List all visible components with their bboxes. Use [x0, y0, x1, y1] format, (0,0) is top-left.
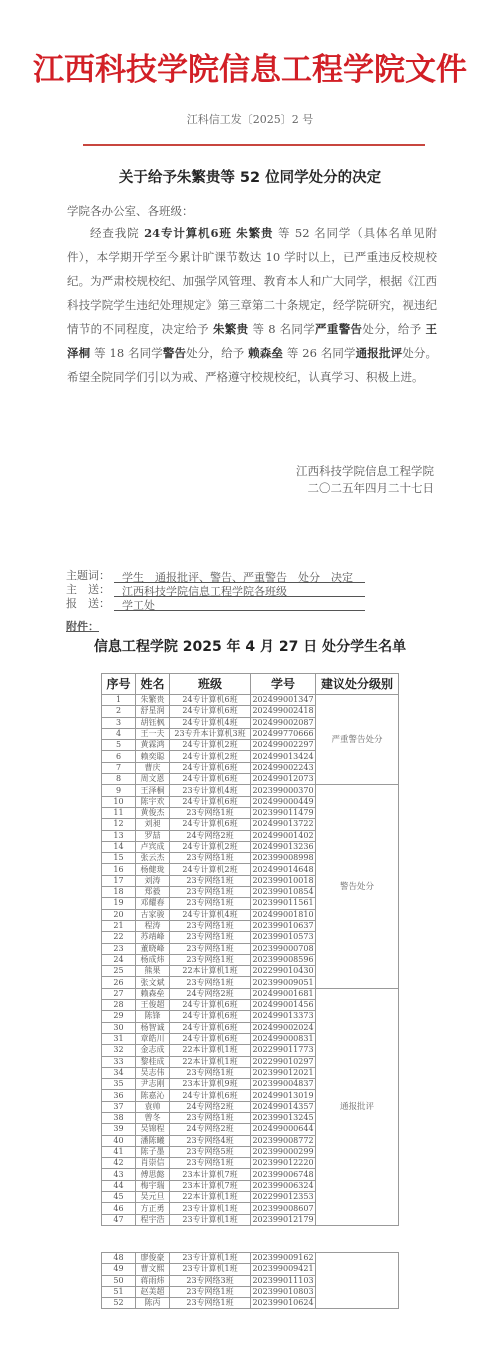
cell-student-id: 202299012353: [251, 1192, 316, 1203]
cell-name: 程涛: [136, 920, 170, 931]
table-row: 9王泽桐23专计算机4班202399000370警告处分: [102, 785, 399, 796]
cell-index: 12: [102, 819, 136, 830]
cell-class: 24专计算机6班: [170, 1011, 251, 1022]
cell-index: 52: [102, 1298, 136, 1309]
cell-name: 熊果: [136, 966, 170, 977]
cell-student-id: 202399008772: [251, 1135, 316, 1146]
cell-class: 24专计算机6班: [170, 796, 251, 807]
cell-class: 23专网络1班: [170, 875, 251, 886]
cell-index: 9: [102, 785, 136, 796]
cell-class: 23本计算机7班: [170, 1180, 251, 1191]
cell-student-id: 202299011773: [251, 1045, 316, 1056]
table-row: 1朱繁贵24专计算机6班202499001347严重警告处分: [102, 695, 399, 706]
table-header: 序号 姓名 班级 学号 建议处分级别: [102, 674, 399, 695]
cell-index: 23: [102, 943, 136, 954]
cell-student-id: 202399009051: [251, 977, 316, 988]
cell-class: 24专计算机2班: [170, 841, 251, 852]
cell-class: 24专网络2班: [170, 1124, 251, 1135]
signature-date: 二〇二五年四月二十七日: [296, 480, 434, 497]
cell-student-id: 202499000644: [251, 1124, 316, 1135]
cell-index: 32: [102, 1045, 136, 1056]
cell-class: 24专网络2班: [170, 830, 251, 841]
cell-index: 50: [102, 1275, 136, 1286]
cell-class: 22本计算机1班: [170, 1056, 251, 1067]
cell-name: 潘陈曦: [136, 1135, 170, 1146]
cell-name: 王一夫: [136, 728, 170, 739]
col-header-class: 班级: [170, 674, 251, 695]
col-header-name: 姓名: [136, 674, 170, 695]
cell-index: 24: [102, 954, 136, 965]
cell-name: 周文恩: [136, 774, 170, 785]
cell-class: 24专计算机6班: [170, 762, 251, 773]
cell-index: 28: [102, 1000, 136, 1011]
cell-class: 23专网络1班: [170, 977, 251, 988]
col-header-index: 序号: [102, 674, 136, 695]
cell-class: 24专网络2班: [170, 1101, 251, 1112]
cell-name: 杨成炜: [136, 954, 170, 965]
cell-class: 23专网络1班: [170, 1298, 251, 1309]
cell-class: 23本计算机7班: [170, 1169, 251, 1180]
cell-index: 43: [102, 1169, 136, 1180]
table-row: 27赖森垒24专网络2班202499001681通报批评: [102, 988, 399, 999]
body-paragraph: 经查我院 24专计算机6班 朱繁贵 等 52 名同学（具体名单见附件），本学期开…: [67, 221, 437, 389]
cell-class: 24专网络2班: [170, 988, 251, 999]
cell-name: 胡钰枫: [136, 717, 170, 728]
discipline-table: 序号 姓名 班级 学号 建议处分级别 1朱繁贵24专计算机6班202499001…: [101, 673, 399, 1226]
cell-level: 通报批评: [316, 988, 399, 1225]
cell-name: 王俊超: [136, 1000, 170, 1011]
cell-name: 罗喆: [136, 830, 170, 841]
cell-name: 傅思懿: [136, 1169, 170, 1180]
cell-class: 23专网络5班: [170, 1146, 251, 1157]
cell-index: 11: [102, 807, 136, 818]
cell-index: 35: [102, 1079, 136, 1090]
cell-student-id: 202399000708: [251, 943, 316, 954]
cell-name: 梅宇瑞: [136, 1180, 170, 1191]
cell-class: 23专网络1班: [170, 932, 251, 943]
cell-student-id: 202399010624: [251, 1298, 316, 1309]
cell-index: 17: [102, 875, 136, 886]
cell-name: 金志成: [136, 1045, 170, 1056]
cell-index: 30: [102, 1022, 136, 1033]
cell-name: 黄霖鸿: [136, 740, 170, 751]
cell-index: 37: [102, 1101, 136, 1112]
cell-name: 邓耀春: [136, 898, 170, 909]
cell-student-id: 202499014357: [251, 1101, 316, 1112]
cell-name: 舒星润: [136, 706, 170, 717]
cell-name: 苏靖峰: [136, 932, 170, 943]
cell-index: 40: [102, 1135, 136, 1146]
cell-student-id: 202499014648: [251, 864, 316, 875]
cell-name: 袁帅: [136, 1101, 170, 1112]
cell-name: 卢宾成: [136, 841, 170, 852]
cell-student-id: 202499013236: [251, 841, 316, 852]
cell-student-id: 202399011479: [251, 807, 316, 818]
cell-student-id: 202399010573: [251, 932, 316, 943]
cell-name: 张云杰: [136, 853, 170, 864]
cell-name: 杨智诚: [136, 1022, 170, 1033]
cell-name: 吴志伟: [136, 1067, 170, 1078]
cell-student-id: 202399010854: [251, 887, 316, 898]
cell-name: 杨健珑: [136, 864, 170, 875]
cell-class: 23专计算机4班: [170, 785, 251, 796]
cell-index: 3: [102, 717, 136, 728]
cell-class: 23专网络1班: [170, 920, 251, 931]
cell-student-id: 202399010637: [251, 920, 316, 931]
keywords-value: 学生 通报批评、警告、严重警告 处分 决定: [114, 569, 365, 583]
cell-index: 13: [102, 830, 136, 841]
document-meta: 主题词： 学生 通报批评、警告、严重警告 处分 决定 主 送： 江西科技学院信息…: [66, 570, 365, 612]
cell-level: [316, 1253, 399, 1309]
cell-class: 23本计算机9班: [170, 1079, 251, 1090]
cell-index: 44: [102, 1180, 136, 1191]
cell-student-id: 202499001456: [251, 1000, 316, 1011]
cell-student-id: 202399012179: [251, 1214, 316, 1225]
cell-student-id: 202399012021: [251, 1067, 316, 1078]
col-header-student-id: 学号: [251, 674, 316, 695]
cell-class: 24专计算机6班: [170, 1033, 251, 1044]
cell-name: 古家骏: [136, 909, 170, 920]
cell-index: 38: [102, 1112, 136, 1123]
cell-student-id: 202499002297: [251, 740, 316, 751]
cell-name: 曾冬: [136, 1112, 170, 1123]
cell-name: 郑毅: [136, 887, 170, 898]
cell-class: 22本计算机1班: [170, 1045, 251, 1056]
cell-student-id: 202499012073: [251, 774, 316, 785]
cell-index: 39: [102, 1124, 136, 1135]
cell-student-id: 202399008607: [251, 1203, 316, 1214]
cell-class: 24专计算机2班: [170, 740, 251, 751]
cell-class: 24专计算机6班: [170, 1090, 251, 1101]
list-title: 信息工程学院 2025 年 4 月 27 日 处分学生名单: [0, 636, 500, 656]
cell-class: 24专计算机6班: [170, 1022, 251, 1033]
cell-index: 51: [102, 1286, 136, 1297]
cell-index: 47: [102, 1214, 136, 1225]
cell-index: 16: [102, 864, 136, 875]
salutation: 学院各办公室、各班级：: [67, 199, 437, 223]
cell-index: 27: [102, 988, 136, 999]
cell-name: 刘昶: [136, 819, 170, 830]
cell-index: 4: [102, 728, 136, 739]
cell-student-id: 202499002243: [251, 762, 316, 773]
cell-name: 朱繁贵: [136, 695, 170, 706]
cell-student-id: 202499002024: [251, 1022, 316, 1033]
cell-index: 48: [102, 1253, 136, 1264]
cell-student-id: 202399008596: [251, 954, 316, 965]
cell-class: 24专计算机4班: [170, 909, 251, 920]
cc-value: 学工处: [114, 597, 365, 611]
attachment-label: 附件：: [66, 618, 99, 634]
cell-index: 26: [102, 977, 136, 988]
cell-student-id: 202299010430: [251, 966, 316, 977]
cell-student-id: 202399000370: [251, 785, 316, 796]
cell-name: 陈宇欢: [136, 796, 170, 807]
cell-student-id: 202399009162: [251, 1253, 316, 1264]
cell-index: 5: [102, 740, 136, 751]
cell-name: 吴元旦: [136, 1192, 170, 1203]
cell-index: 45: [102, 1192, 136, 1203]
cell-class: 23专网络1班: [170, 853, 251, 864]
cell-index: 49: [102, 1264, 136, 1275]
cell-student-id: 202499002087: [251, 717, 316, 728]
cell-index: 18: [102, 887, 136, 898]
cell-student-id: 202299010297: [251, 1056, 316, 1067]
cell-student-id: 202499013373: [251, 1011, 316, 1022]
cell-class: 23专网络1班: [170, 943, 251, 954]
cell-class: 23专升本计算机3班: [170, 728, 251, 739]
cell-class: 24专计算机6班: [170, 819, 251, 830]
document-title: 关于给予朱繁贵等 52 位同学处分的决定: [0, 166, 500, 187]
cell-class: 23专网络1班: [170, 1286, 251, 1297]
cell-name: 陈嘉沁: [136, 1090, 170, 1101]
cell-class: 24专计算机6班: [170, 706, 251, 717]
cell-index: 1: [102, 695, 136, 706]
cell-name: 章皓川: [136, 1033, 170, 1044]
cell-index: 20: [102, 909, 136, 920]
cell-name: 赖奕聪: [136, 751, 170, 762]
cell-name: 曹文熙: [136, 1264, 170, 1275]
cell-name: 黎桂成: [136, 1056, 170, 1067]
cell-student-id: 202499001402: [251, 830, 316, 841]
cell-index: 25: [102, 966, 136, 977]
cell-name: 赖森垒: [136, 988, 170, 999]
cell-student-id: 202499000449: [251, 796, 316, 807]
cell-student-id: 202499770666: [251, 728, 316, 739]
cell-name: 吴锦程: [136, 1124, 170, 1135]
cell-index: 10: [102, 796, 136, 807]
cell-name: 尹志刚: [136, 1079, 170, 1090]
send-to-value: 江西科技学院信息工程学院各班级: [114, 583, 365, 597]
cell-student-id: 202399008998: [251, 853, 316, 864]
cell-class: 23专网络1班: [170, 954, 251, 965]
cell-index: 33: [102, 1056, 136, 1067]
cell-name: 陈锋: [136, 1011, 170, 1022]
cell-level: 警告处分: [316, 785, 399, 988]
cell-name: 廖俊豪: [136, 1253, 170, 1264]
cell-name: 王泽桐: [136, 785, 170, 796]
cell-index: 7: [102, 762, 136, 773]
cell-student-id: 202399012220: [251, 1158, 316, 1169]
cc-row: 报 送： 学工处: [66, 598, 365, 611]
cell-index: 22: [102, 932, 136, 943]
cell-class: 22本计算机1班: [170, 966, 251, 977]
cell-name: 陈子墨: [136, 1146, 170, 1157]
cell-class: 23专计算机1班: [170, 1203, 251, 1214]
cell-class: 23专网络4班: [170, 1135, 251, 1146]
cell-class: 24专计算机2班: [170, 864, 251, 875]
cell-student-id: 202499013019: [251, 1090, 316, 1101]
cell-student-id: 202399000299: [251, 1146, 316, 1157]
cell-student-id: 202399013245: [251, 1112, 316, 1123]
cell-student-id: 202399006748: [251, 1169, 316, 1180]
cell-index: 2: [102, 706, 136, 717]
cell-class: 23专网络1班: [170, 898, 251, 909]
cell-class: 23专计算机1班: [170, 1264, 251, 1275]
cell-index: 15: [102, 853, 136, 864]
cell-name: 方正勇: [136, 1203, 170, 1214]
cell-class: 23专计算机1班: [170, 1253, 251, 1264]
cell-student-id: 202399011103: [251, 1275, 316, 1286]
cell-name: 黄俊杰: [136, 807, 170, 818]
cell-index: 41: [102, 1146, 136, 1157]
cell-student-id: 202499013722: [251, 819, 316, 830]
cell-student-id: 202399011561: [251, 898, 316, 909]
cell-name: 董晓峰: [136, 943, 170, 954]
cell-name: 张文斌: [136, 977, 170, 988]
cell-class: 23专网络1班: [170, 887, 251, 898]
cell-class: 24专计算机6班: [170, 1000, 251, 1011]
cell-index: 19: [102, 898, 136, 909]
cell-class: 24专计算机6班: [170, 774, 251, 785]
cell-class: 22本计算机1班: [170, 1192, 251, 1203]
cell-index: 36: [102, 1090, 136, 1101]
cell-class: 23专网络1班: [170, 807, 251, 818]
table-row: 48廖俊豪23专计算机1班202399009162: [102, 1253, 399, 1264]
cell-class: 23专网络3班: [170, 1275, 251, 1286]
cell-student-id: 202499001347: [251, 695, 316, 706]
cell-class: 23专网络1班: [170, 1112, 251, 1123]
document-number: 江科信工发〔2025〕2 号: [0, 111, 500, 127]
cell-name: 肖崇信: [136, 1158, 170, 1169]
discipline-table-continued: 48廖俊豪23专计算机1班20239900916249曹文熙23专计算机1班20…: [101, 1252, 399, 1309]
cell-index: 42: [102, 1158, 136, 1169]
cell-student-id: 202399010018: [251, 875, 316, 886]
cell-class: 24专计算机4班: [170, 717, 251, 728]
cell-student-id: 202499001810: [251, 909, 316, 920]
cell-class: 23专网络1班: [170, 1158, 251, 1169]
cell-class: 23专网络1班: [170, 1067, 251, 1078]
signature-org: 江西科技学院信息工程学院: [296, 463, 434, 480]
cell-student-id: 202399006324: [251, 1180, 316, 1191]
cell-name: 陈丙: [136, 1298, 170, 1309]
cell-index: 34: [102, 1067, 136, 1078]
cell-student-id: 202499002418: [251, 706, 316, 717]
cell-index: 29: [102, 1011, 136, 1022]
cell-student-id: 202399004837: [251, 1079, 316, 1090]
cell-student-id: 202399010803: [251, 1286, 316, 1297]
cell-student-id: 202499013424: [251, 751, 316, 762]
col-header-level: 建议处分级别: [316, 674, 399, 695]
org-title: 江西科技学院信息工程学院文件: [0, 44, 500, 89]
cell-level: 严重警告处分: [316, 695, 399, 785]
cell-class: 23专计算机1班: [170, 1214, 251, 1225]
cell-index: 8: [102, 774, 136, 785]
cell-index: 31: [102, 1033, 136, 1044]
cell-student-id: 202499000831: [251, 1033, 316, 1044]
cell-student-id: 202499001681: [251, 988, 316, 999]
cell-index: 6: [102, 751, 136, 762]
cell-name: 赵美超: [136, 1286, 170, 1297]
cell-class: 24专计算机2班: [170, 751, 251, 762]
cell-index: 21: [102, 920, 136, 931]
signature-block: 江西科技学院信息工程学院 二〇二五年四月二十七日: [296, 463, 434, 497]
cell-name: 蒋雨炜: [136, 1275, 170, 1286]
cell-index: 46: [102, 1203, 136, 1214]
cell-student-id: 202399009421: [251, 1264, 316, 1275]
cell-class: 24专计算机6班: [170, 695, 251, 706]
cell-name: 曹庆: [136, 762, 170, 773]
cell-index: 14: [102, 841, 136, 852]
red-divider: [83, 144, 425, 146]
cell-name: 刘涛: [136, 875, 170, 886]
cell-name: 程宇浩: [136, 1214, 170, 1225]
